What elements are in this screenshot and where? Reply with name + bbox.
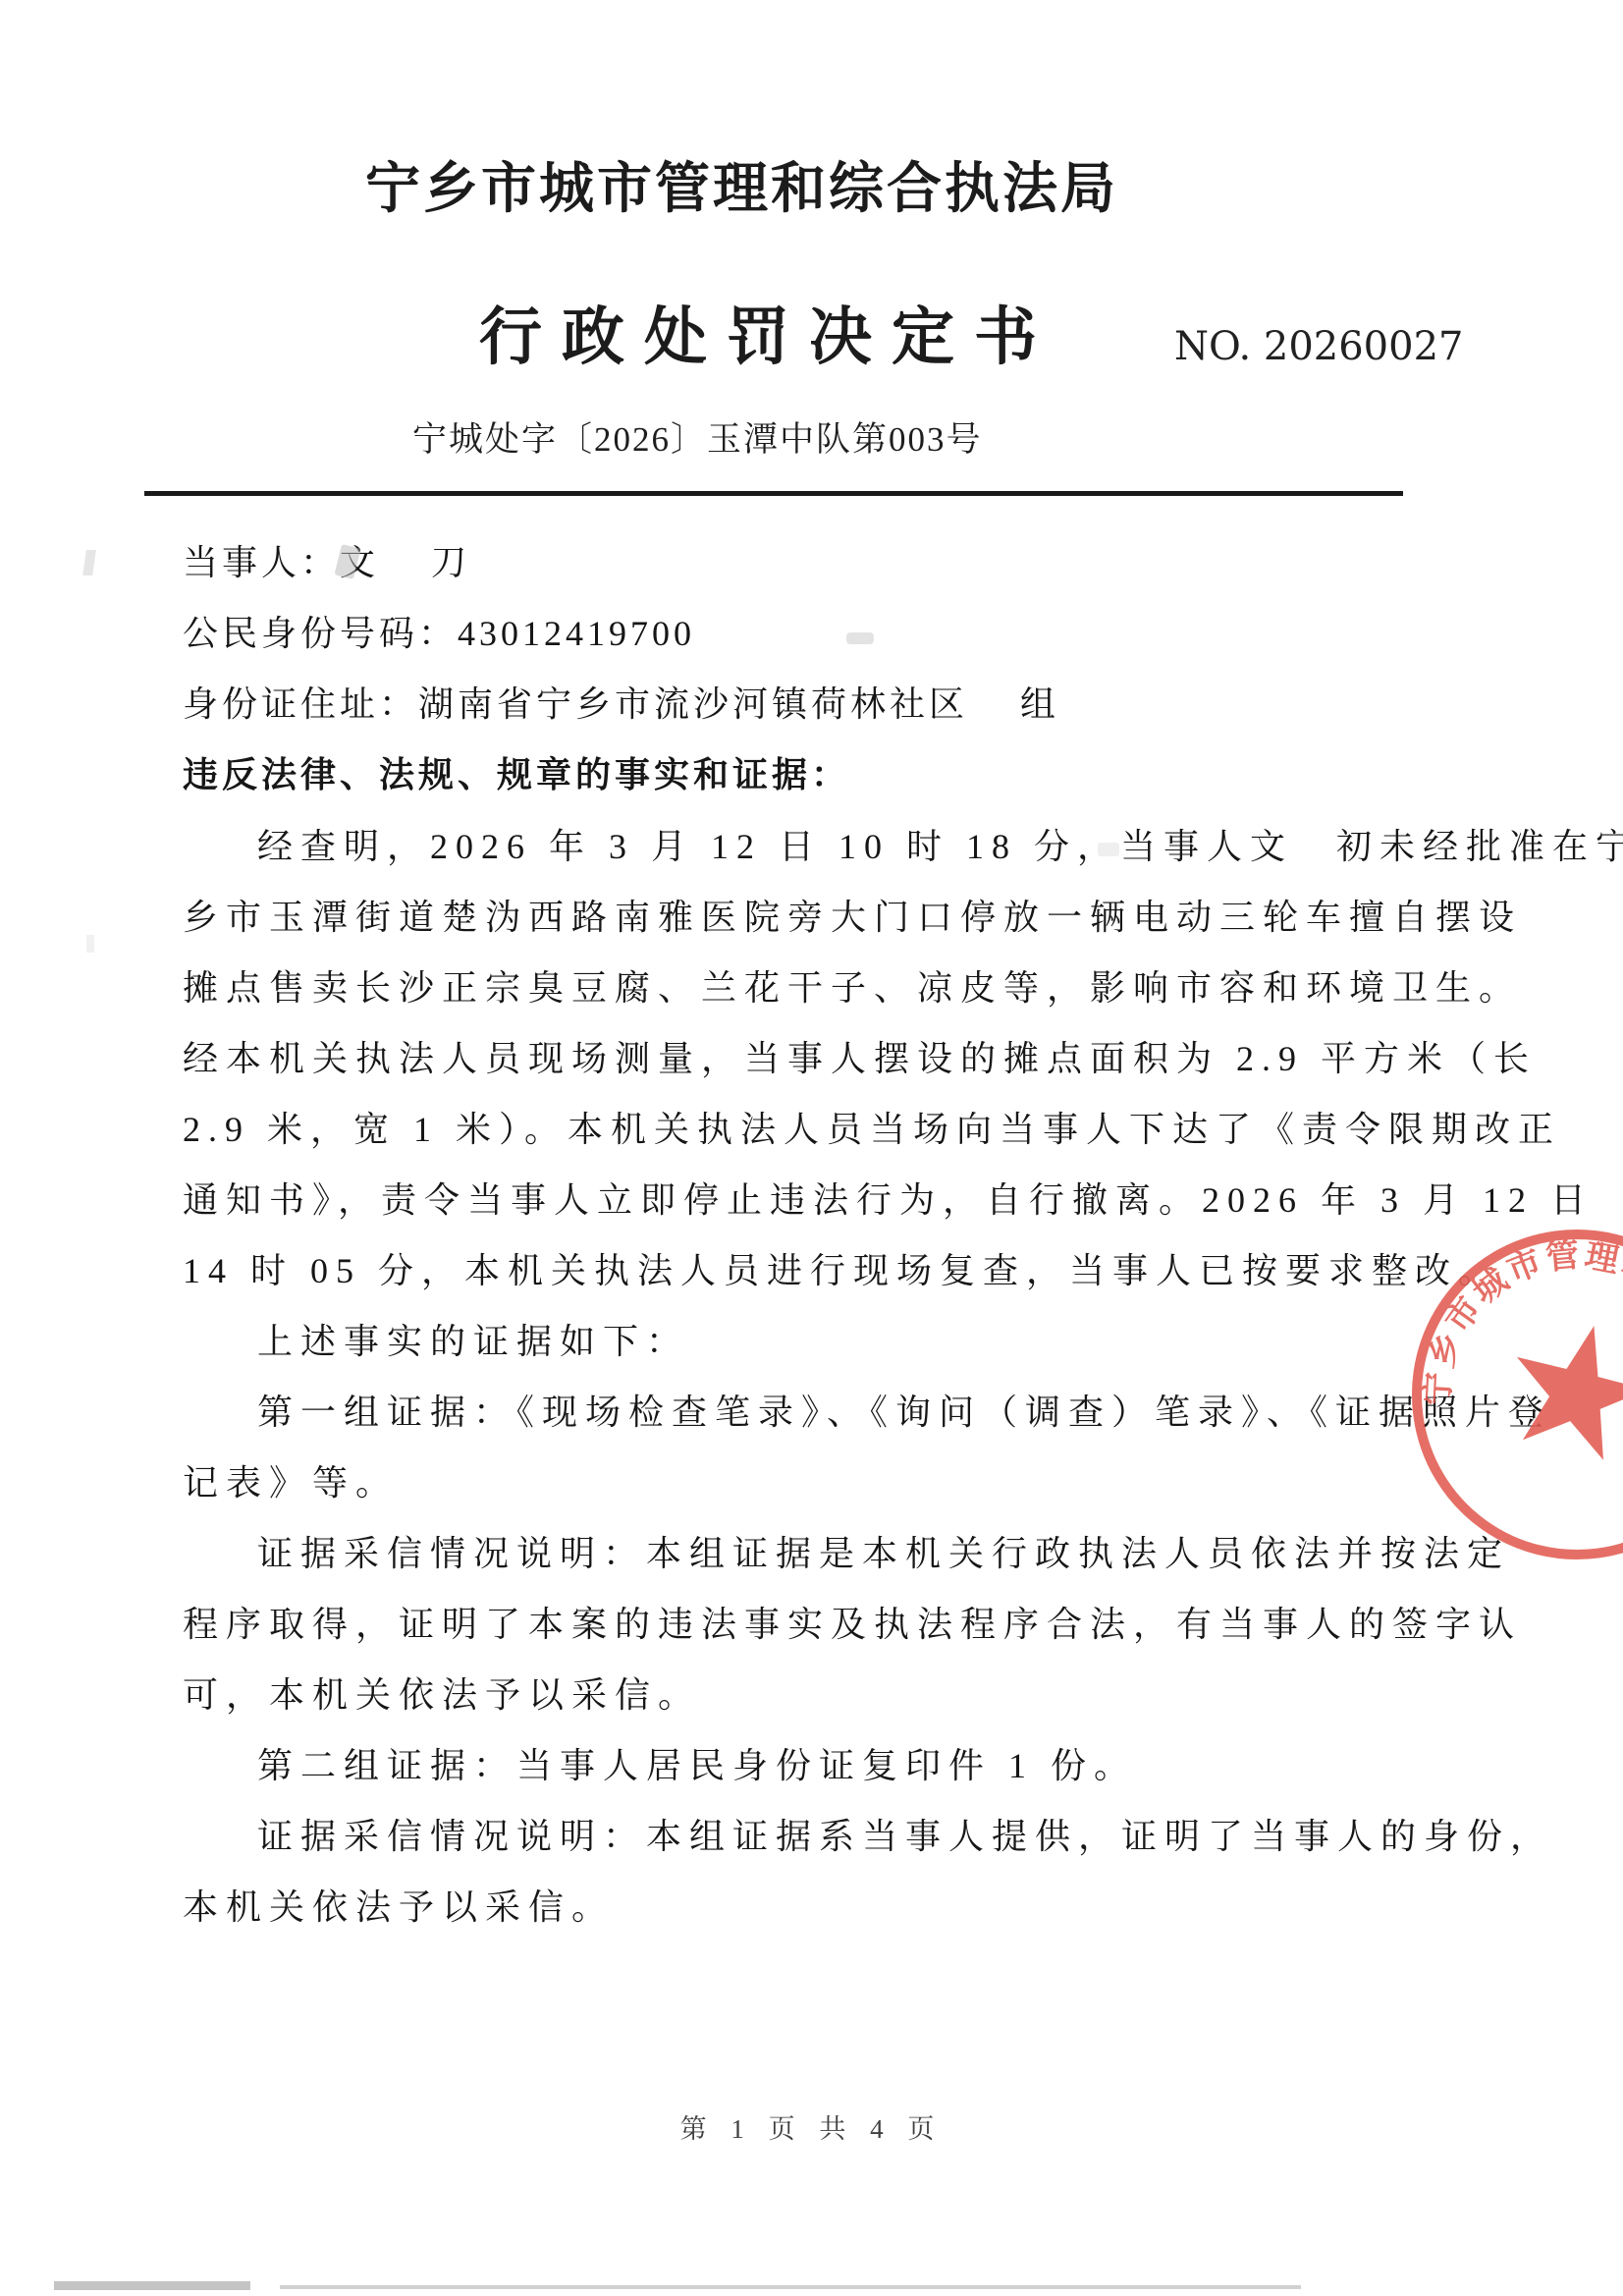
body-line: 上述事实的证据如下： <box>183 1306 1503 1377</box>
body-line: 第一组证据：《现场检查笔录》、《询问（调查）笔录》、《证据照片登 <box>183 1377 1503 1448</box>
scan-artifact <box>280 2285 1301 2289</box>
body-line: 本机关依法予以采信。 <box>183 1872 1503 1942</box>
seal-star-icon <box>1497 1310 1623 1466</box>
body-line: 记表》等。 <box>183 1448 1503 1518</box>
page-footer: 第 1 页 共 4 页 <box>0 2107 1623 2146</box>
body-line: 摊点售卖长沙正宗臭豆腐、兰花干子、凉皮等，影响市容和环境卫生。 <box>183 953 1503 1023</box>
facts-heading: 违反法律、法规、规章的事实和证据： <box>183 739 1498 810</box>
scan-artifact <box>54 2281 250 2290</box>
document-title: 行政处罚决定书 <box>479 287 1056 377</box>
scan-artifact <box>82 550 96 575</box>
agency-title: 宁乡市城市管理和综合执法局 <box>365 145 1118 224</box>
body-line: 第二组证据：当事人居民身份证复印件 1 份。 <box>183 1730 1503 1801</box>
serial-number: NO. 20260027 <box>1174 324 1463 369</box>
header-divider <box>144 491 1403 496</box>
body-line: 证据采信情况说明：本组证据系当事人提供，证明了当事人的身份， <box>183 1801 1503 1872</box>
body-line: 经查明，2026 年 3 月 12 日 10 时 18 分，当事人文 初未经批准… <box>183 811 1503 882</box>
party-id-line: 公民身份号码：43012419700 <box>183 598 1498 669</box>
body-line: 可，本机关依法予以采信。 <box>183 1660 1503 1730</box>
body-line: 证据采信情况说明：本组证据是本机关行政执法人员依法并按法定 <box>183 1518 1503 1589</box>
body-line: 经本机关执法人员现场测量，当事人摆设的摊点面积为 2.9 平方米（长 <box>183 1023 1503 1094</box>
body-line: 程序取得，证明了本案的违法事实及执法程序合法，有当事人的签字认 <box>183 1589 1503 1660</box>
scan-artifact <box>86 935 94 953</box>
party-address-line: 身份证住址：湖南省宁乡市流沙河镇荷林社区 组 <box>183 669 1498 739</box>
document-page: 宁乡市城市管理和综合执法局 行政处罚决定书 NO. 20260027 宁城处字〔… <box>0 0 1623 2296</box>
body-line: 乡市玉潭街道楚沩西路南雅医院旁大门口停放一辆电动三轮车擅自摆设 <box>183 882 1503 953</box>
party-name-line: 当事人：文 刀 <box>183 527 1498 598</box>
case-number: 宁城处字〔2026〕玉潭中队第003号 <box>412 412 983 462</box>
body-line: 14 时 05 分，本机关执法人员进行现场复查，当事人已按要求整改。 <box>183 1235 1503 1306</box>
body-line: 通知书》，责令当事人立即停止违法行为，自行撤离。2026 年 3 月 12 日 <box>183 1165 1503 1235</box>
body-line: 2.9 米，宽 1 米）。本机关执法人员当场向当事人下达了《责令限期改正 <box>183 1094 1503 1165</box>
